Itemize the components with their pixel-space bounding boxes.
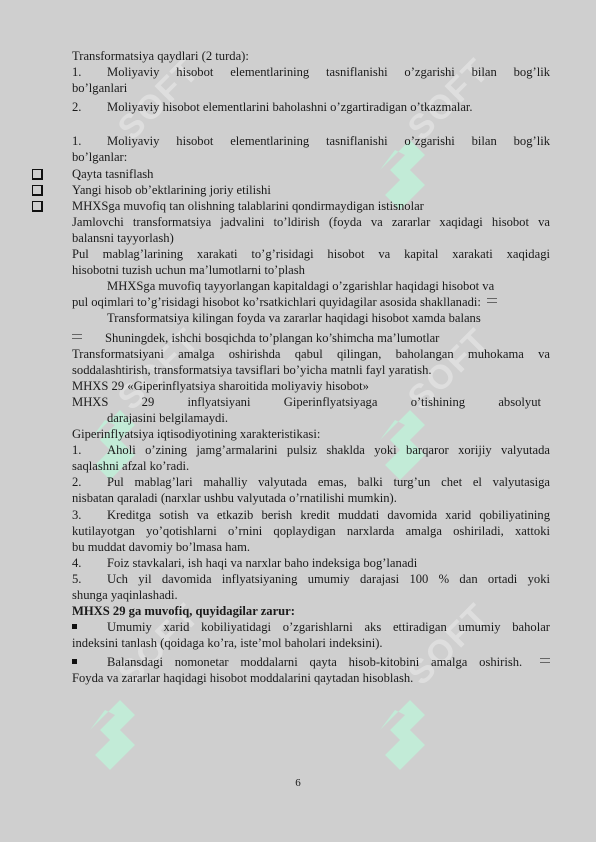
paragraph-jamlovchi: Jamlovchi transformatsiya jadvalini to’l… [72,214,550,230]
watermark-logo-icon [80,690,150,770]
item-text: Pul mablag’lari mahalliy valyutada emas,… [107,475,550,489]
item-text: Umumiy xarid kobiliyatidagi o’zgarishlar… [107,620,550,634]
hyperinflation-item: 5.Uch yil davomida inflyatsiyaning umumi… [72,571,550,587]
item-number: 2. [72,99,107,115]
required-item-cont: Foyda va zararlar haqidagi hisobot modda… [72,670,550,686]
hyperinflation-item: 1.Aholi o’zining jamg’armalarini pulsiz … [72,442,550,458]
word: MHXS [72,395,108,409]
item-text: Kreditga sotish va etkazib berish kredit… [107,508,550,522]
paragraph-jamlovchi-cont: balansni tayyorlash) [72,230,550,246]
paragraph-text: pul oqimlari to’g’risidagi hisobot ko’rs… [72,295,481,309]
word: o’tishining [411,395,465,409]
word: absolyut [498,395,541,409]
section-1-cont: bo’lganlar: [72,149,550,165]
checkbox-icon [32,185,43,196]
checklist-item: MHXSga muvofiq tan olishning talablarini… [72,198,550,214]
checklist-text: Yangi hisob ob’ektlarining joriy etilish… [72,183,271,197]
hyperinflation-item: 4.Foiz stavkalari, ish haqi va narxlar b… [72,555,550,571]
item-text: Moliyaviy hisobot elementlarining tasnif… [107,134,550,148]
required-item: Umumiy xarid kobiliyatidagi o’zgarishlar… [72,619,550,635]
paragraph-additional-info: Shuningdek, ishchi bosqichda to’plangan … [72,330,550,346]
item-number: 1. [72,64,107,80]
item-number: 4. [72,555,107,571]
word: 29 [142,395,155,409]
paragraph-mhxs: MHXSga muvofiq tayyorlangan kapitaldagi … [72,278,550,294]
paragraph-text-file-cont: soddalashtirish, transformatsiya tavsifl… [72,362,550,378]
inline-symbol-icon [487,298,497,303]
bullet-square-icon [72,624,77,629]
paragraph-pul-cont: hisobotni tuzish uchun ma’lumotlarni to’… [72,262,550,278]
document-body: Transformatsiya qaydlari (2 turda): 1.Mo… [72,48,550,687]
inline-symbol-icon [540,658,550,663]
mhxs29-title: MHXS 29 «Giperinflyatsiya sharoitida mol… [72,378,550,394]
hyperinflation-item-cont: bu muddat davomiy bo’lmasa ham. [72,539,550,555]
type-item-2: 2.Moliyaviy hisobot elementlarini bahola… [72,99,550,115]
word: inflyatsiyani [188,395,251,409]
item-text: Aholi o’zining jamg’armalarini pulsiz sh… [107,443,550,457]
paragraph-text: Shuningdek, ishchi bosqichda to’plangan … [105,331,439,345]
item-text: Uch yil davomida inflyatsiyaning umumiy … [107,572,550,586]
paragraph-transformed-report: Transformatsiya kilingan foyda va zararl… [72,310,550,326]
heading-transformation-entries: Transformatsiya qaydlari (2 turda): [72,48,550,64]
checklist-item: Yangi hisob ob’ektlarining joriy etilish… [72,182,550,198]
mhxs29-statement: MHXS 29 inflyatsiyani Giperinflyatsiyaga… [72,394,541,410]
item-number: 1. [72,133,107,149]
item-text: Moliyaviy hisobot elementlarining tasnif… [107,65,550,79]
checklist-item: Qayta tasniflash [72,166,550,182]
hyperinflation-item-cont: nisbatan qaraladi (narxlar ushbu valyuta… [72,490,550,506]
item-text: Balansdagi nomonetar moddalarni qayta hi… [107,655,522,669]
checkbox-icon [32,201,43,212]
hyperinflation-title: Giperinflyatsiya iqtisodiyotining xarakt… [72,426,550,442]
item-number: 3. [72,507,107,523]
hyperinflation-item-cont: shunga yaqinlashadi. [72,587,550,603]
mhxs29-statement-cont: darajasini belgilamaydi. [72,410,550,426]
page-number: 6 [0,777,596,789]
hyperinflation-item-cont: kutilayotgan yo’qotishlarni o’rnini qopl… [72,523,550,539]
required-item-cont: indeksini tanlash (qoidaga ko’ra, iste’m… [72,635,550,651]
watermark-logo-icon [370,690,440,770]
required-title: MHXS 29 ga muvofiq, quyidagilar zarur: [72,603,550,619]
checkbox-icon [32,169,43,180]
item-text: Foiz stavkalari, ish haqi va narxlar bah… [107,556,417,570]
item-text: Moliyaviy hisobot elementlarini baholash… [107,100,473,114]
word: Giperinflyatsiyaga [284,395,378,409]
paragraph-mhxs-cont: pul oqimlari to’g’risidagi hisobot ko’rs… [72,294,550,310]
required-item: Balansdagi nomonetar moddalarni qayta hi… [72,654,550,670]
paragraph-text-file: Transformatsiyani amalga oshirishda qabu… [72,346,550,362]
type-item-1: 1.Moliyaviy hisobot elementlarining tasn… [72,64,550,80]
item-number: 1. [72,442,107,458]
type-item-1-cont: bo’lganlari [72,80,550,96]
hyperinflation-item: 3.Kreditga sotish va etkazib berish kred… [72,507,550,523]
checklist-text: Qayta tasniflash [72,167,153,181]
hyperinflation-list: 1.Aholi o’zining jamg’armalarini pulsiz … [72,442,550,603]
item-number: 2. [72,474,107,490]
item-number: 5. [72,571,107,587]
checklist-text: MHXSga muvofiq tan olishning talablarini… [72,199,424,213]
hyperinflation-item: 2.Pul mablag’lari mahalliy valyutada ema… [72,474,550,490]
document-page: SOFT SOFT SOFT SOFT SOFT SOFT Transforma… [0,0,596,842]
inline-symbol-icon [72,334,82,339]
hyperinflation-item-cont: saqlashni afzal ko’radi. [72,458,550,474]
bullet-square-icon [72,659,77,664]
paragraph-pul: Pul mablag’larining xarakati to’g’risida… [72,246,550,262]
section-1: 1.Moliyaviy hisobot elementlarining tasn… [72,133,550,149]
